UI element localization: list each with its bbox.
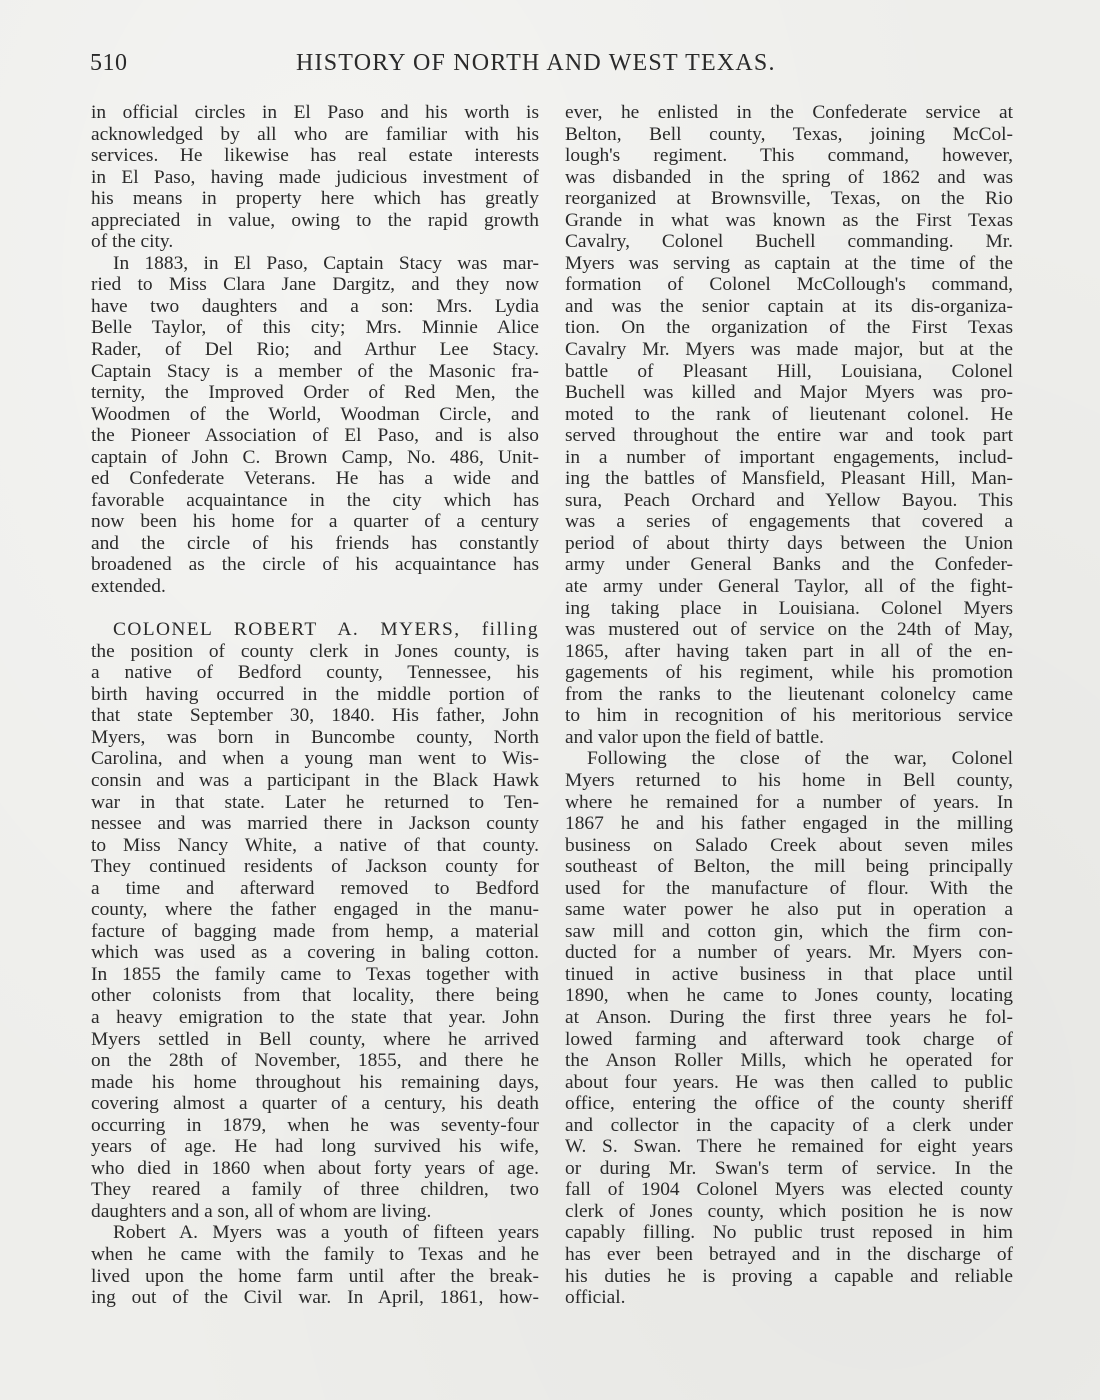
- text-line: clerk of Jones county, which position he…: [565, 1201, 1013, 1223]
- text-line: ing the battles of Mansfield, Pleasant H…: [565, 468, 1013, 490]
- running-head-title: HISTORY OF NORTH AND WEST TEXAS.: [296, 50, 776, 77]
- text-line: formation of Colonel McCollough's comman…: [565, 274, 1013, 296]
- text-line: lough's regiment. This command, however,: [565, 145, 1013, 167]
- text-line: services. He likewise has real estate in…: [91, 145, 539, 167]
- text-line: ing taking place in Louisiana. Colonel M…: [565, 598, 1013, 620]
- text-line: in El Paso, having made judicious invest…: [91, 167, 539, 189]
- text-line: on the 28th of November, 1855, and there…: [91, 1050, 539, 1072]
- text-line: and was the senior captain at its dis-or…: [565, 296, 1013, 318]
- text-line: Myers was serving as captain at the time…: [565, 253, 1013, 275]
- text-line: COLONEL ROBERT A. MYERS, filling: [91, 619, 539, 641]
- text-line: and collector in the capacity of a clerk…: [565, 1115, 1013, 1137]
- text-line: fall of 1904 Colonel Myers was elected c…: [565, 1179, 1013, 1201]
- text-line: southeast of Belton, the mill being prin…: [565, 856, 1013, 878]
- text-line: army under General Banks and the Confede…: [565, 554, 1013, 576]
- text-line: reorganized at Brownsville, Texas, on th…: [565, 188, 1013, 210]
- text-line: when he came with the family to Texas an…: [91, 1244, 539, 1266]
- right-text-column: ever, he enlisted in the Confederate ser…: [565, 102, 1013, 1309]
- text-line: capably filling. No public trust reposed…: [565, 1222, 1013, 1244]
- text-line: covering almost a quarter of a century, …: [91, 1093, 539, 1115]
- text-line: his means in property here which has gre…: [91, 188, 539, 210]
- text-line: Carolina, and when a young man went to W…: [91, 748, 539, 770]
- text-line: ried to Miss Clara Jane Dargitz, and the…: [91, 274, 539, 296]
- text-line: broadened as the circle of his acquainta…: [91, 554, 539, 576]
- text-line: 1890, when he came to Jones county, loca…: [565, 985, 1013, 1007]
- text-line: period of about thirty days between the …: [565, 533, 1013, 555]
- text-line: was mustered out of service on the 24th …: [565, 619, 1013, 641]
- text-line: served throughout the entire war and too…: [565, 425, 1013, 447]
- text-line: favorable acquaintance in the city which…: [91, 490, 539, 512]
- text-line: They continued residents of Jackson coun…: [91, 856, 539, 878]
- text-line: Rader, of Del Rio; and Arthur Lee Stacy.: [91, 339, 539, 361]
- left-text-column: in official circles in El Paso and his w…: [91, 102, 539, 1309]
- text-line: a native of Bedford county, Tennessee, h…: [91, 662, 539, 684]
- text-line: business on Salado Creek about seven mil…: [565, 835, 1013, 857]
- text-line: birth having occurred in the middle port…: [91, 684, 539, 706]
- text-line: to him in recognition of his meritorious…: [565, 705, 1013, 727]
- text-line: war in that state. Later he returned to …: [91, 792, 539, 814]
- text-line: captain of John C. Brown Camp, No. 486, …: [91, 447, 539, 469]
- text-line: of the city.: [91, 231, 539, 253]
- text-line: In 1883, in El Paso, Captain Stacy was m…: [91, 253, 539, 275]
- text-line: ed Confederate Veterans. He has a wide a…: [91, 468, 539, 490]
- text-line: Belle Taylor, of this city; Mrs. Minnie …: [91, 317, 539, 339]
- text-line: Myers returned to his home in Bell count…: [565, 770, 1013, 792]
- text-line: now been his home for a quarter of a cen…: [91, 511, 539, 533]
- text-line: at Anson. During the first three years h…: [565, 1007, 1013, 1029]
- text-line: Myers, was born in Buncombe county, Nort…: [91, 727, 539, 749]
- text-line: battle of Pleasant Hill, Louisiana, Colo…: [565, 361, 1013, 383]
- text-line: lived upon the home farm until after the…: [91, 1266, 539, 1288]
- text-line: ternity, the Improved Order of Red Men, …: [91, 382, 539, 404]
- text-line: office, entering the office of the count…: [565, 1093, 1013, 1115]
- text-line: 1865, after having taken part in all of …: [565, 641, 1013, 663]
- text-line: same water power he also put in operatio…: [565, 899, 1013, 921]
- text-line: sura, Peach Orchard and Yellow Bayou. Th…: [565, 490, 1013, 512]
- text-line: or during Mr. Swan's term of service. In…: [565, 1158, 1013, 1180]
- text-line: nessee and was married there in Jackson …: [91, 813, 539, 835]
- text-line: was disbanded in the spring of 1862 and …: [565, 167, 1013, 189]
- text-line: lowed farming and afterward took charge …: [565, 1029, 1013, 1051]
- text-line: In 1855 the family came to Texas togethe…: [91, 964, 539, 986]
- text-line: in official circles in El Paso and his w…: [91, 102, 539, 124]
- text-line: saw mill and cotton gin, which the firm …: [565, 921, 1013, 943]
- text-line: 1867 he and his father engaged in the mi…: [565, 813, 1013, 835]
- text-line: ing out of the Civil war. In April, 1861…: [91, 1287, 539, 1309]
- text-line: where he remained for a number of years.…: [565, 792, 1013, 814]
- text-line: have two daughters and a son: Mrs. Lydia: [91, 296, 539, 318]
- text-line: ever, he enlisted in the Confederate ser…: [565, 102, 1013, 124]
- text-line: ducted for a number of years. Mr. Myers …: [565, 942, 1013, 964]
- text-line: Belton, Bell county, Texas, joining McCo…: [565, 124, 1013, 146]
- text-line: has ever been betrayed and in the discha…: [565, 1244, 1013, 1266]
- text-line: made his home throughout his remaining d…: [91, 1072, 539, 1094]
- text-line: a heavy emigration to the state that yea…: [91, 1007, 539, 1029]
- text-line: moted to the rank of lieutenant colonel.…: [565, 404, 1013, 426]
- text-line: in a number of important engagements, in…: [565, 447, 1013, 469]
- text-line: Cavalry, Colonel Buchell commanding. Mr.: [565, 231, 1013, 253]
- text-line: Grande in what was known as the First Te…: [565, 210, 1013, 232]
- page-number: 510: [90, 50, 128, 77]
- text-line: occurring in 1879, when he was seventy-f…: [91, 1115, 539, 1137]
- text-line: extended.: [91, 576, 539, 598]
- text-line: that state September 30, 1840. His fathe…: [91, 705, 539, 727]
- text-line: who died in 1860 when about forty years …: [91, 1158, 539, 1180]
- text-line: Myers settled in Bell county, where he a…: [91, 1029, 539, 1051]
- text-line: a time and afterward removed to Bedford: [91, 878, 539, 900]
- text-line: tinued in active business in that place …: [565, 964, 1013, 986]
- text-line: appreciated in value, owing to the rapid…: [91, 210, 539, 232]
- text-line: Cavalry Mr. Myers was made major, but at…: [565, 339, 1013, 361]
- text-line: his duties he is proving a capable and r…: [565, 1266, 1013, 1288]
- text-line: to Miss Nancy White, a native of that co…: [91, 835, 539, 857]
- text-line: Following the close of the war, Colonel: [565, 748, 1013, 770]
- text-line: the Pioneer Association of El Paso, and …: [91, 425, 539, 447]
- text-line: tion. On the organization of the First T…: [565, 317, 1013, 339]
- text-line: gagements of his regiment, while his pro…: [565, 662, 1013, 684]
- text-line: Robert A. Myers was a youth of fifteen y…: [91, 1222, 539, 1244]
- text-line: acknowledged by all who are familiar wit…: [91, 124, 539, 146]
- book-page: 510 HISTORY OF NORTH AND WEST TEXAS. in …: [0, 0, 1100, 1400]
- text-line: Woodmen of the World, Woodman Circle, an…: [91, 404, 539, 426]
- text-line: Captain Stacy is a member of the Masonic…: [91, 361, 539, 383]
- text-line: and valor upon the field of battle.: [565, 727, 1013, 749]
- text-line: from the ranks to the lieutenant colonel…: [565, 684, 1013, 706]
- text-line: was a series of engagements that covered…: [565, 511, 1013, 533]
- text-line: other colonists from that locality, ther…: [91, 985, 539, 1007]
- text-line: the position of county clerk in Jones co…: [91, 641, 539, 663]
- text-line: about four years. He was then called to …: [565, 1072, 1013, 1094]
- text-line: consin and was a participant in the Blac…: [91, 770, 539, 792]
- text-line: official.: [565, 1287, 1013, 1309]
- text-line: years of age. He had long survived his w…: [91, 1136, 539, 1158]
- text-line: W. S. Swan. There he remained for eight …: [565, 1136, 1013, 1158]
- text-line: and the circle of his friends has consta…: [91, 533, 539, 555]
- text-line: county, where the father engaged in the …: [91, 899, 539, 921]
- text-line: the Anson Roller Mills, which he operate…: [565, 1050, 1013, 1072]
- text-line: Buchell was killed and Major Myers was p…: [565, 382, 1013, 404]
- text-line: They reared a family of three children, …: [91, 1179, 539, 1201]
- text-line: facture of bagging made from hemp, a mat…: [91, 921, 539, 943]
- text-line: daughters and a son, all of whom are liv…: [91, 1201, 539, 1223]
- text-line: which was used as a covering in baling c…: [91, 942, 539, 964]
- text-line: ate army under General Taylor, all of th…: [565, 576, 1013, 598]
- paragraph-gap: [91, 598, 539, 620]
- text-line: used for the manufacture of flour. With …: [565, 878, 1013, 900]
